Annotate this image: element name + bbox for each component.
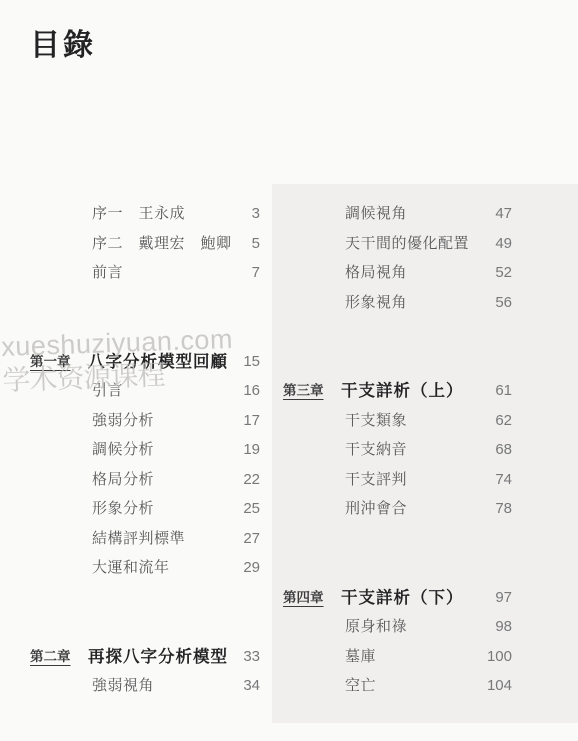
entry-title: 前言 bbox=[92, 258, 123, 288]
entry-page-number: 15 bbox=[243, 347, 260, 377]
chapter-label: 第一章 bbox=[30, 347, 71, 377]
toc-item-row: 前言7 bbox=[30, 258, 260, 288]
toc-item-row: 天干間的優化配置49 bbox=[283, 229, 512, 259]
toc-item-row: 序二 戴理宏 鮑卿5 bbox=[30, 229, 260, 259]
entry-page-number: 29 bbox=[243, 553, 260, 583]
toc-chapter-row: 第二章再探八字分析模型33 bbox=[30, 642, 260, 672]
entry-title: 引言 bbox=[92, 376, 123, 406]
toc-item-row: 形象視角56 bbox=[283, 288, 512, 318]
toc-item-row: 干支類象62 bbox=[283, 406, 512, 436]
toc-item-row: 序一 王永成3 bbox=[30, 199, 260, 229]
entry-page-number: 98 bbox=[495, 612, 512, 642]
entry-title: 大運和流年 bbox=[92, 553, 170, 583]
entry-page-number: 68 bbox=[495, 435, 512, 465]
entry-title: 結構評判標準 bbox=[92, 524, 185, 554]
entry-page-number: 19 bbox=[243, 435, 260, 465]
entry-title: 干支詳析（下） bbox=[341, 583, 464, 613]
entry-page-number: 78 bbox=[495, 494, 512, 524]
entry-page-number: 49 bbox=[495, 229, 512, 259]
toc-item-row: 刑沖會合78 bbox=[283, 494, 512, 524]
entry-title: 干支類象 bbox=[345, 406, 407, 436]
entry-title: 形象視角 bbox=[345, 288, 407, 318]
entry-title: 序一 王永成 bbox=[92, 199, 185, 229]
entry-title: 調候視角 bbox=[345, 199, 407, 229]
toc-chapter-row: 第四章干支詳析（下）97 bbox=[283, 583, 512, 613]
entry-title: 八字分析模型回顧 bbox=[88, 347, 228, 377]
entry-page-number: 27 bbox=[243, 524, 260, 554]
entry-title: 調候分析 bbox=[92, 435, 154, 465]
entry-page-number: 52 bbox=[495, 258, 512, 288]
toc-item-row: 格局分析22 bbox=[30, 465, 260, 495]
toc-chapter-row: 第三章干支詳析（上）61 bbox=[283, 376, 512, 406]
entry-page-number: 56 bbox=[495, 288, 512, 318]
entry-page-number: 25 bbox=[243, 494, 260, 524]
entry-title: 強弱視角 bbox=[92, 671, 154, 701]
entry-page-number: 7 bbox=[252, 258, 260, 288]
toc-item-row: 干支評判74 bbox=[283, 465, 512, 495]
entry-title: 再探八字分析模型 bbox=[88, 642, 228, 672]
entry-page-number: 22 bbox=[243, 465, 260, 495]
entry-title: 空亡 bbox=[345, 671, 376, 701]
entry-page-number: 100 bbox=[487, 642, 512, 672]
toc-item-row: 干支納音68 bbox=[283, 435, 512, 465]
toc-item-row: 引言16 bbox=[30, 376, 260, 406]
toc-chapter-row: 第一章八字分析模型回顧15 bbox=[30, 347, 260, 377]
entry-page-number: 16 bbox=[243, 376, 260, 406]
entry-title: 墓庫 bbox=[345, 642, 376, 672]
chapter-label: 第三章 bbox=[283, 376, 324, 406]
chapter-label: 第二章 bbox=[30, 642, 71, 672]
toc-item-row: 格局視角52 bbox=[283, 258, 512, 288]
entry-page-number: 97 bbox=[495, 583, 512, 613]
entry-title: 干支評判 bbox=[345, 465, 407, 495]
entry-page-number: 61 bbox=[495, 376, 512, 406]
entry-page-number: 104 bbox=[487, 671, 512, 701]
entry-page-number: 62 bbox=[495, 406, 512, 436]
entry-title: 刑沖會合 bbox=[345, 494, 407, 524]
entry-title: 形象分析 bbox=[92, 494, 154, 524]
entry-title: 天干間的優化配置 bbox=[345, 229, 469, 259]
toc-page: 目錄 序一 王永成3序二 戴理宏 鮑卿5前言7第一章八字分析模型回顧15引言16… bbox=[0, 0, 578, 741]
entry-title: 序二 戴理宏 鮑卿 bbox=[92, 229, 232, 259]
entry-page-number: 3 bbox=[252, 199, 260, 229]
chapter-label: 第四章 bbox=[283, 583, 324, 613]
entry-title: 原身和祿 bbox=[345, 612, 407, 642]
toc-column-left: 序一 王永成3序二 戴理宏 鮑卿5前言7第一章八字分析模型回顧15引言16強弱分… bbox=[30, 0, 260, 741]
toc-item-row: 調候分析19 bbox=[30, 435, 260, 465]
entry-title: 干支詳析（上） bbox=[341, 376, 464, 406]
toc-column-right: 調候視角47天干間的優化配置49格局視角52形象視角56第三章干支詳析（上）61… bbox=[283, 0, 512, 741]
entry-page-number: 47 bbox=[495, 199, 512, 229]
entry-title: 格局分析 bbox=[92, 465, 154, 495]
entry-title: 格局視角 bbox=[345, 258, 407, 288]
entry-page-number: 74 bbox=[495, 465, 512, 495]
toc-item-row: 調候視角47 bbox=[283, 199, 512, 229]
toc-item-row: 形象分析25 bbox=[30, 494, 260, 524]
entry-page-number: 17 bbox=[243, 406, 260, 436]
toc-item-row: 強弱分析17 bbox=[30, 406, 260, 436]
toc-item-row: 大運和流年29 bbox=[30, 553, 260, 583]
entry-page-number: 34 bbox=[243, 671, 260, 701]
toc-item-row: 結構評判標準27 bbox=[30, 524, 260, 554]
toc-item-row: 墓庫100 bbox=[283, 642, 512, 672]
entry-page-number: 33 bbox=[243, 642, 260, 672]
entry-title: 強弱分析 bbox=[92, 406, 154, 436]
toc-item-row: 原身和祿98 bbox=[283, 612, 512, 642]
toc-item-row: 強弱視角34 bbox=[30, 671, 260, 701]
entry-title: 干支納音 bbox=[345, 435, 407, 465]
toc-item-row: 空亡104 bbox=[283, 671, 512, 701]
entry-page-number: 5 bbox=[252, 229, 260, 259]
